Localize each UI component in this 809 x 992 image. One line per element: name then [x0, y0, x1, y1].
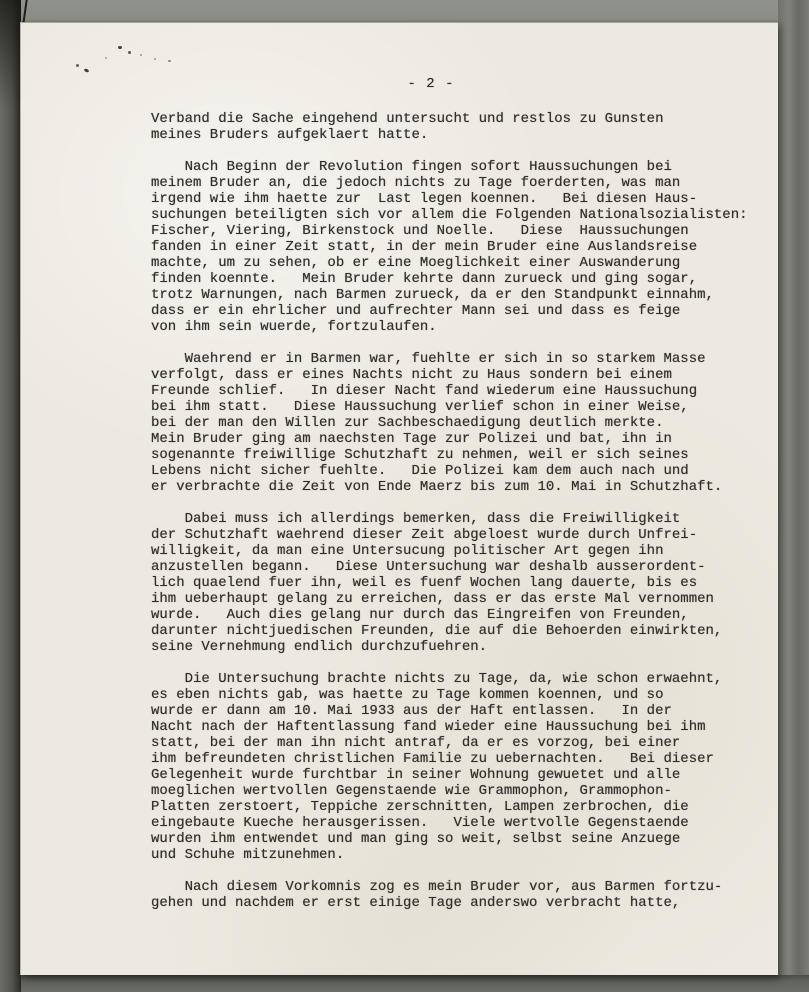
pencil-speck	[128, 51, 131, 54]
pencil-speck	[118, 46, 122, 49]
pencil-speck	[76, 64, 79, 67]
pencil-speck	[84, 68, 90, 73]
pencil-speck	[105, 57, 107, 59]
typewritten-text: - 2 - Verband die Sache eingehend unters…	[151, 76, 783, 911]
backdrop-bottom	[0, 975, 809, 992]
backdrop-top	[0, 0, 809, 24]
backdrop-left-shadow	[0, 0, 21, 992]
paragraph: Verband die Sache eingehend untersucht u…	[151, 111, 783, 143]
pencil-speck	[168, 60, 171, 62]
page-number: - 2 -	[151, 76, 711, 92]
pencil-speck	[154, 58, 156, 60]
paragraph: Waehrend er in Barmen war, fuehlte er si…	[151, 351, 783, 495]
pencil-speck	[140, 54, 142, 56]
paper-sheet: - 2 - Verband die Sache eingehend unters…	[20, 22, 778, 975]
paragraph: Nach diesem Vorkomnis zog es mein Bruder…	[151, 879, 783, 911]
paragraph: Nach Beginn der Revolution fingen sofort…	[151, 159, 783, 335]
paragraph: Dabei muss ich allerdings bemerken, dass…	[151, 511, 783, 655]
document-scan-photo: { "photo": { "backdrop_color": "#87897f"…	[0, 0, 809, 992]
paragraph: Die Untersuchung brachte nichts zu Tage,…	[151, 671, 783, 863]
